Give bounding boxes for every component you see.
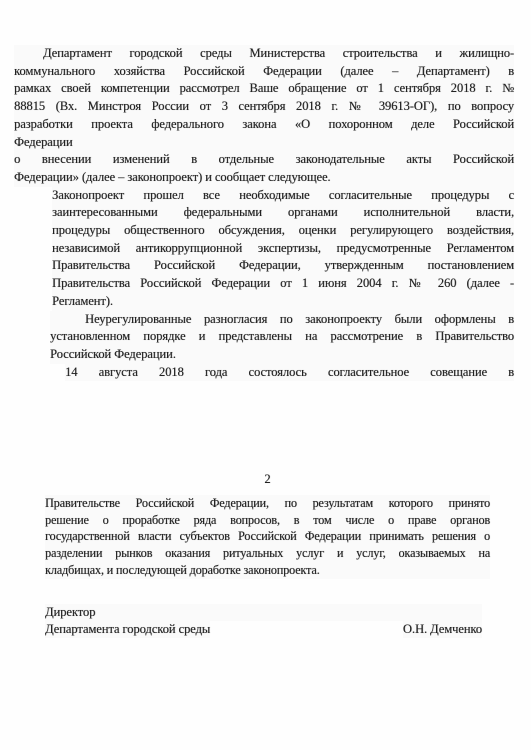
text-line: Правительства Российской Федерации, утве… [52,257,514,275]
text-line: процедуры общественного обсуждения, оцен… [52,222,514,240]
text-line: разделении рынков оказания ритуальных ус… [45,545,490,562]
text-line: Правительства Российской Федерации от 1 … [52,275,514,293]
text-line: Департамент городской среды Министерства… [14,45,514,63]
text-line: Федерации [14,134,514,152]
text-line: коммунального хозяйства Российской Федер… [14,63,514,81]
document-page: { "document": { "background_color": "#fe… [0,0,531,750]
text-line: Российской Федерации. [50,346,514,364]
text-line: заинтересованными федеральными органами … [52,204,514,222]
text-line: Федерации» (далее – законопроект) и сооб… [14,169,514,187]
text-line: 88815 (Вх. Минстроя России от 3 сентября… [14,98,514,116]
text-line: кладбищах, и последующей доработке закон… [45,562,490,579]
signature-name: О.Н. Демченко [403,621,482,638]
signature-row: Департамента городской среды О.Н. Демчен… [45,621,482,638]
signature-position-line: Директор [45,604,482,621]
text-line: рамках своей компетенции рассмотрел Ваше… [14,80,514,98]
text-line: государственной власти субъектов Российс… [45,528,490,545]
page-2-text-block: Правительстве Российской Федерации, по р… [45,495,490,579]
page-number: 2 [45,470,490,488]
signature-block: Директор Департамента городской среды О.… [45,604,482,638]
text-line: решение о проработке ряда вопросов, в то… [45,512,490,529]
text-line: Правительстве Российской Федерации, по р… [45,495,490,512]
text-line: разработки проекта федерального закона «… [14,116,514,134]
text-line: Регламент). [52,293,514,311]
text-line: установленном порядке и представлены на … [50,328,514,346]
text-line: Законопроект прошел все необходимые согл… [52,187,514,205]
page-1-text-block: Департамент городской среды Министерства… [14,45,514,381]
text-line: независимой антикоррупционной экспертизы… [52,240,514,258]
signature-position-line: Департамента городской среды [45,621,210,638]
text-line: 14 августа 2018 года состоялось согласит… [65,364,514,382]
text-line: Неурегулированные разногласия по законоп… [50,311,514,329]
text-line: о внесении изменений в отдельные законод… [14,151,514,169]
